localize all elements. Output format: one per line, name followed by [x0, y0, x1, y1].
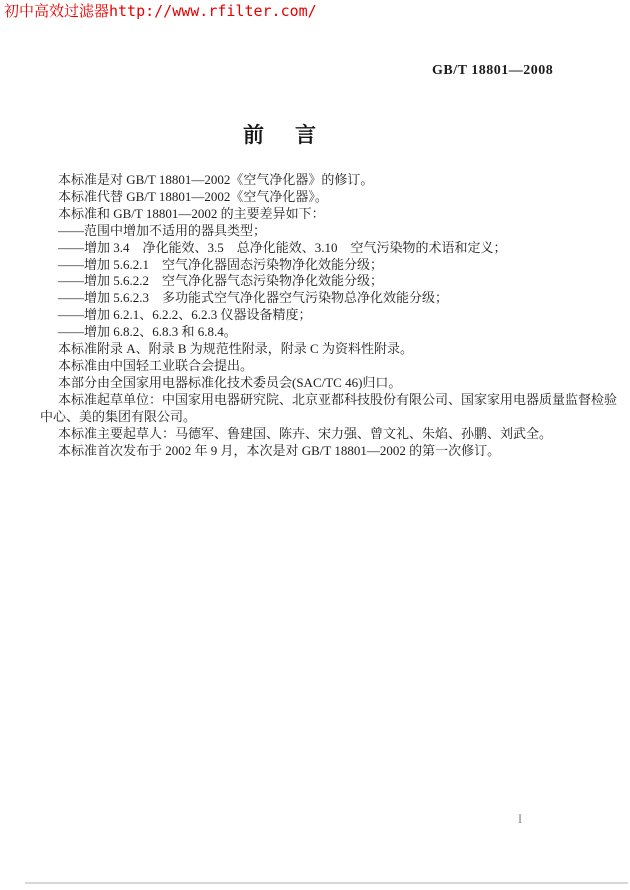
- text-line: 中心、美的集团有限公司。: [40, 409, 588, 426]
- foreword-body: 本标准是对 GB/T 18801—2002《空气净化器》的修订。本标准代替 GB…: [40, 172, 588, 459]
- text-line: ——增加 5.6.2.1 空气净化器固态污染物净化效能分级；: [40, 257, 588, 274]
- scanned-document-page: 初中高效过滤器http://www.rfilter.com/ GB/T 1880…: [0, 0, 630, 890]
- footer-divider: [25, 882, 628, 884]
- page-title-foreword: 前 言: [40, 119, 524, 149]
- text-line: 本标准首次发布于 2002 年 9 月，本次是对 GB/T 18801—2002…: [40, 443, 588, 460]
- text-line: ——增加 6.2.1、6.2.2、6.2.3 仪器设备精度；: [40, 307, 588, 324]
- text-line: 本标准由中国轻工业联合会提出。: [40, 358, 588, 375]
- text-line: ——增加 5.6.2.2 空气净化器气态污染物净化效能分级；: [40, 273, 588, 290]
- text-line: ——增加 3.4 净化能效、3.5 总净化能效、3.10 空气污染物的术语和定义…: [40, 240, 588, 257]
- text-line: ——增加 6.8.2、6.8.3 和 6.8.4。: [40, 324, 588, 341]
- standard-number: GB/T 18801—2008: [432, 63, 553, 79]
- text-line: 本标准代替 GB/T 18801—2002《空气净化器》。: [40, 189, 588, 206]
- text-line: ——增加 5.6.2.3 多功能式空气净化器空气污染物总净化效能分级；: [40, 290, 588, 307]
- text-line: 本标准和 GB/T 18801—2002 的主要差异如下：: [40, 206, 588, 223]
- text-line: 本标准主要起草人：马德军、鲁建国、陈卉、宋力强、曾文礼、朱焰、孙鹏、刘武全。: [40, 426, 588, 443]
- page-number: I: [512, 811, 528, 827]
- text-line: ——范围中增加不适用的器具类型；: [40, 223, 588, 240]
- text-line: 本标准附录 A、附录 B 为规范性附录，附录 C 为资料性附录。: [40, 341, 588, 358]
- text-line: 本标准是对 GB/T 18801—2002《空气净化器》的修订。: [40, 172, 588, 189]
- watermark-header: 初中高效过滤器http://www.rfilter.com/: [4, 2, 317, 20]
- text-line: 本标准起草单位：中国家用电器研究院、北京亚都科技股份有限公司、国家家用电器质量监…: [40, 392, 588, 409]
- text-line: 本部分由全国家用电器标准化技术委员会(SAC/TC 46)归口。: [40, 375, 588, 392]
